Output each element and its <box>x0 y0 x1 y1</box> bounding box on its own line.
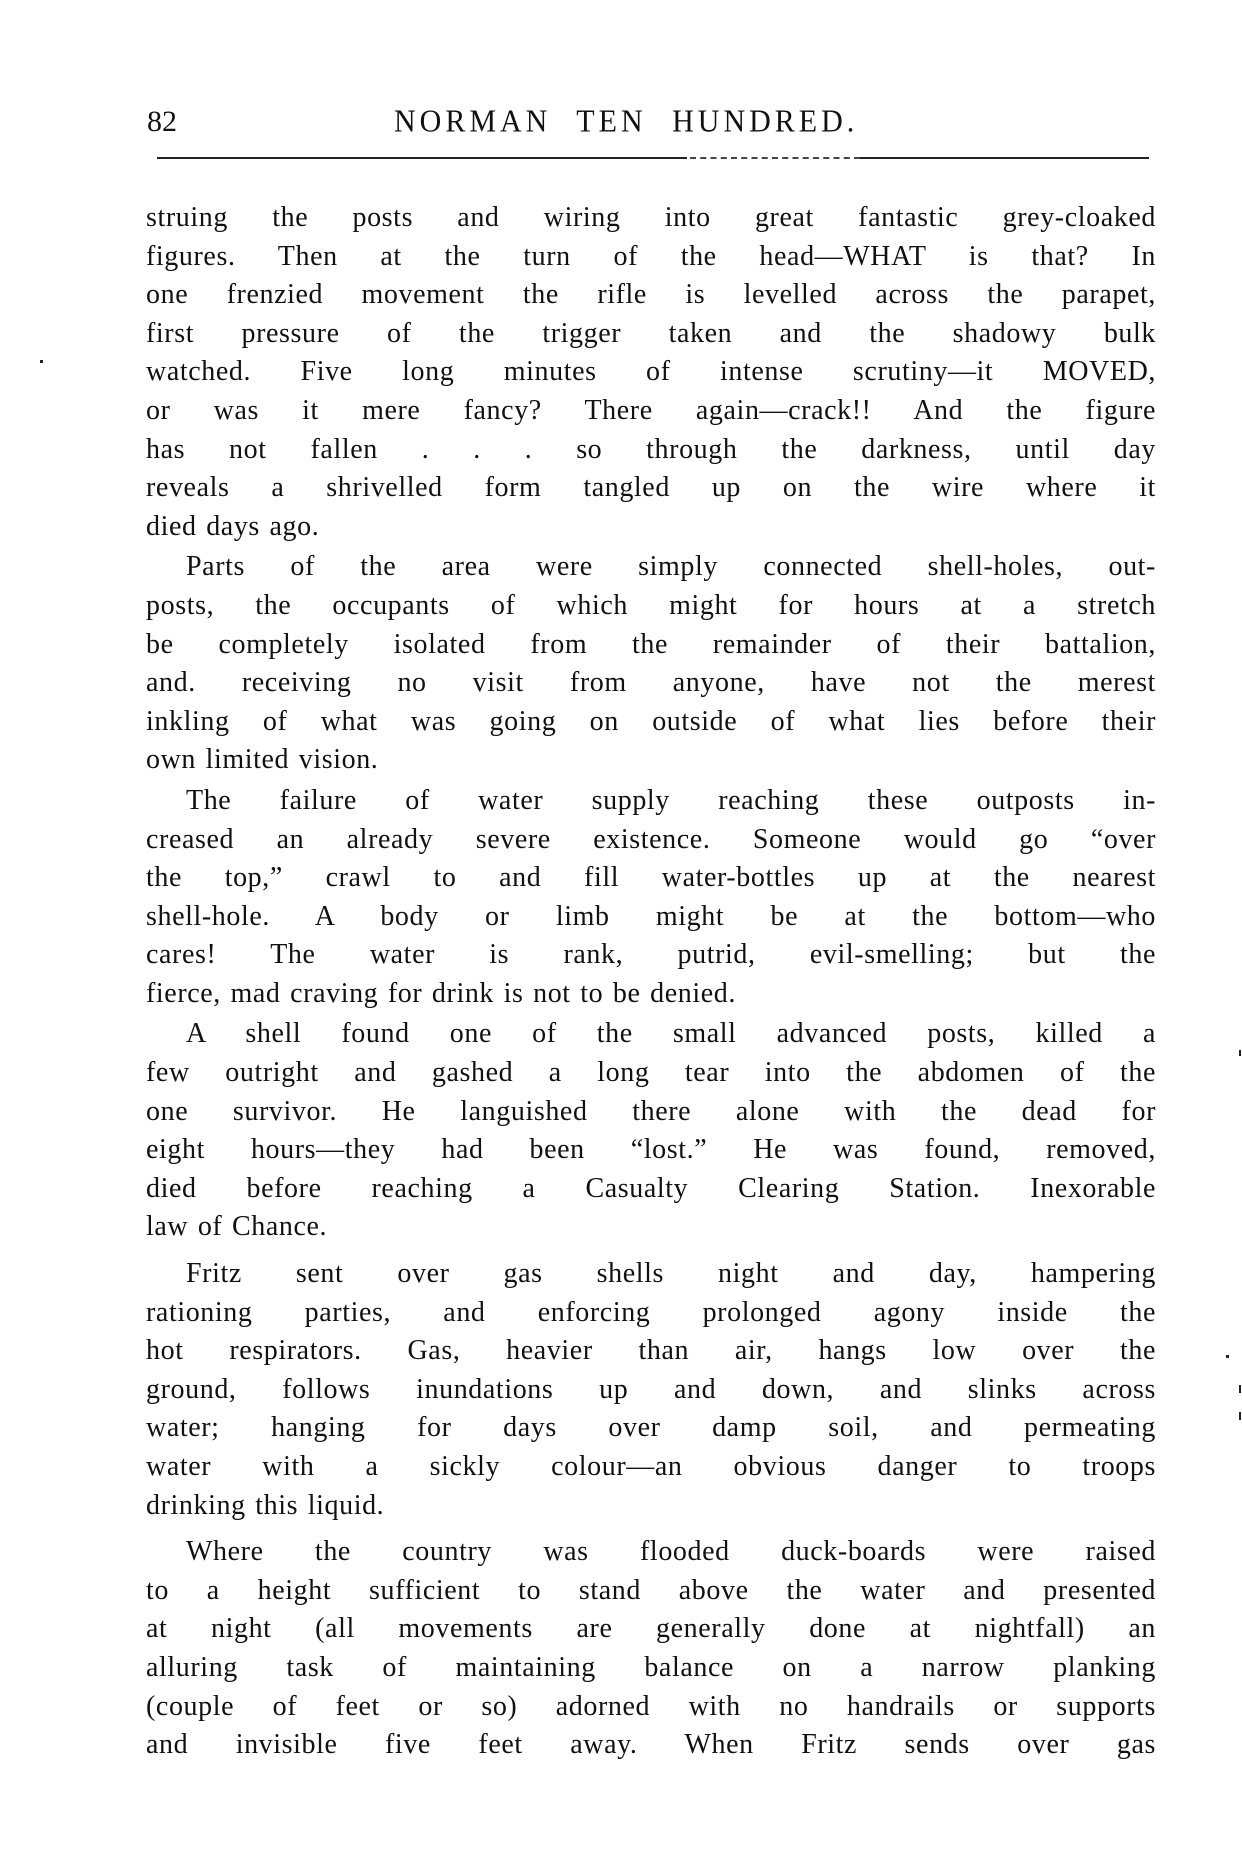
paragraph-3: The failure of water supply reaching the… <box>146 782 1156 1014</box>
text-line: hot respirators. Gas, heavier than air, … <box>146 1332 1156 1371</box>
text-line: watched. Five long minutes of intense sc… <box>146 353 1156 392</box>
page-number: 82 <box>147 104 177 140</box>
text-line: shell-hole. A body or limb might be at t… <box>146 898 1156 937</box>
text-line: one frenzied movement the rifle is level… <box>146 276 1156 315</box>
text-line: struing the posts and wiring into great … <box>146 199 1156 238</box>
text-line: be completely isolated from the remainde… <box>146 626 1156 665</box>
text-line: one survivor. He languished there alone … <box>146 1093 1156 1132</box>
text-line: fierce, mad craving for drink is not to … <box>146 975 1156 1014</box>
scan-speck <box>1239 1050 1241 1056</box>
text-line: water with a sickly colour—an obvious da… <box>146 1448 1156 1487</box>
text-line: cares! The water is rank, putrid, evil-s… <box>146 936 1156 975</box>
text-line: water; hanging for days over damp soil, … <box>146 1409 1156 1448</box>
paragraph-5: Fritz sent over gas shells night and day… <box>146 1255 1156 1525</box>
text-line: and. receiving no visit from anyone, hav… <box>146 664 1156 703</box>
text-line: few outright and gashed a long tear into… <box>146 1054 1156 1093</box>
text-line: Parts of the area were simply connected … <box>146 548 1156 587</box>
text-line: died before reaching a Casualty Clearing… <box>146 1170 1156 1209</box>
text-line: alluring task of maintaining balance on … <box>146 1649 1156 1688</box>
text-line: drinking this liquid. <box>146 1487 1156 1526</box>
text-line: inkling of what was going on outside of … <box>146 703 1156 742</box>
text-line: A shell found one of the small advanced … <box>146 1015 1156 1054</box>
header-rule <box>157 157 687 159</box>
text-line: posts, the occupants of which might for … <box>146 587 1156 626</box>
running-head: 82 NORMAN TEN HUNDRED. <box>147 104 1157 144</box>
text-line: to a height sufficient to stand above th… <box>146 1572 1156 1611</box>
text-line: figures. Then at the turn of the head—WH… <box>146 238 1156 277</box>
paragraph-4: A shell found one of the small advanced … <box>146 1015 1156 1247</box>
text-line: and invisible five feet away. When Fritz… <box>146 1726 1156 1765</box>
text-line: ground, follows inundations up and down,… <box>146 1371 1156 1410</box>
paragraph-6: Where the country was flooded duck-board… <box>146 1533 1156 1765</box>
header-rule-right-segment <box>860 157 1149 159</box>
text-line: died days ago. <box>146 508 1156 547</box>
text-line: Where the country was flooded duck-board… <box>146 1533 1156 1572</box>
text-line: eight hours—they had been “lost.” He was… <box>146 1131 1156 1170</box>
scan-speck <box>40 360 43 363</box>
paragraph-2: Parts of the area were simply connected … <box>146 548 1156 780</box>
text-line: reveals a shrivelled form tangled up on … <box>146 469 1156 508</box>
text-line: rationing parties, and enforcing prolong… <box>146 1294 1156 1333</box>
text-line: has not fallen . . . so through the dark… <box>146 431 1156 470</box>
text-line: first pressure of the trigger taken and … <box>146 315 1156 354</box>
header-rule-broken-segment <box>690 157 860 159</box>
running-title: NORMAN TEN HUNDRED. <box>394 103 858 141</box>
text-line: the top,” crawl to and fill water-bottle… <box>146 859 1156 898</box>
scan-speck <box>1239 1412 1241 1420</box>
text-line: at night (all movements are generally do… <box>146 1610 1156 1649</box>
paragraph-1: struing the posts and wiring into great … <box>146 199 1156 546</box>
text-line: (couple of feet or so) adorned with no h… <box>146 1688 1156 1727</box>
book-page: 82 NORMAN TEN HUNDRED. struing the posts… <box>0 0 1242 1875</box>
text-line: or was it mere fancy? There again—crack!… <box>146 392 1156 431</box>
text-line: The failure of water supply reaching the… <box>146 782 1156 821</box>
scan-speck <box>1226 1355 1229 1358</box>
scan-speck <box>1239 1385 1241 1393</box>
text-line: law of Chance. <box>146 1208 1156 1247</box>
text-line: creased an already severe existence. Som… <box>146 821 1156 860</box>
text-line: own limited vision. <box>146 741 1156 780</box>
text-line: Fritz sent over gas shells night and day… <box>146 1255 1156 1294</box>
body-text: struing the posts and wiring into great … <box>146 199 1156 1765</box>
